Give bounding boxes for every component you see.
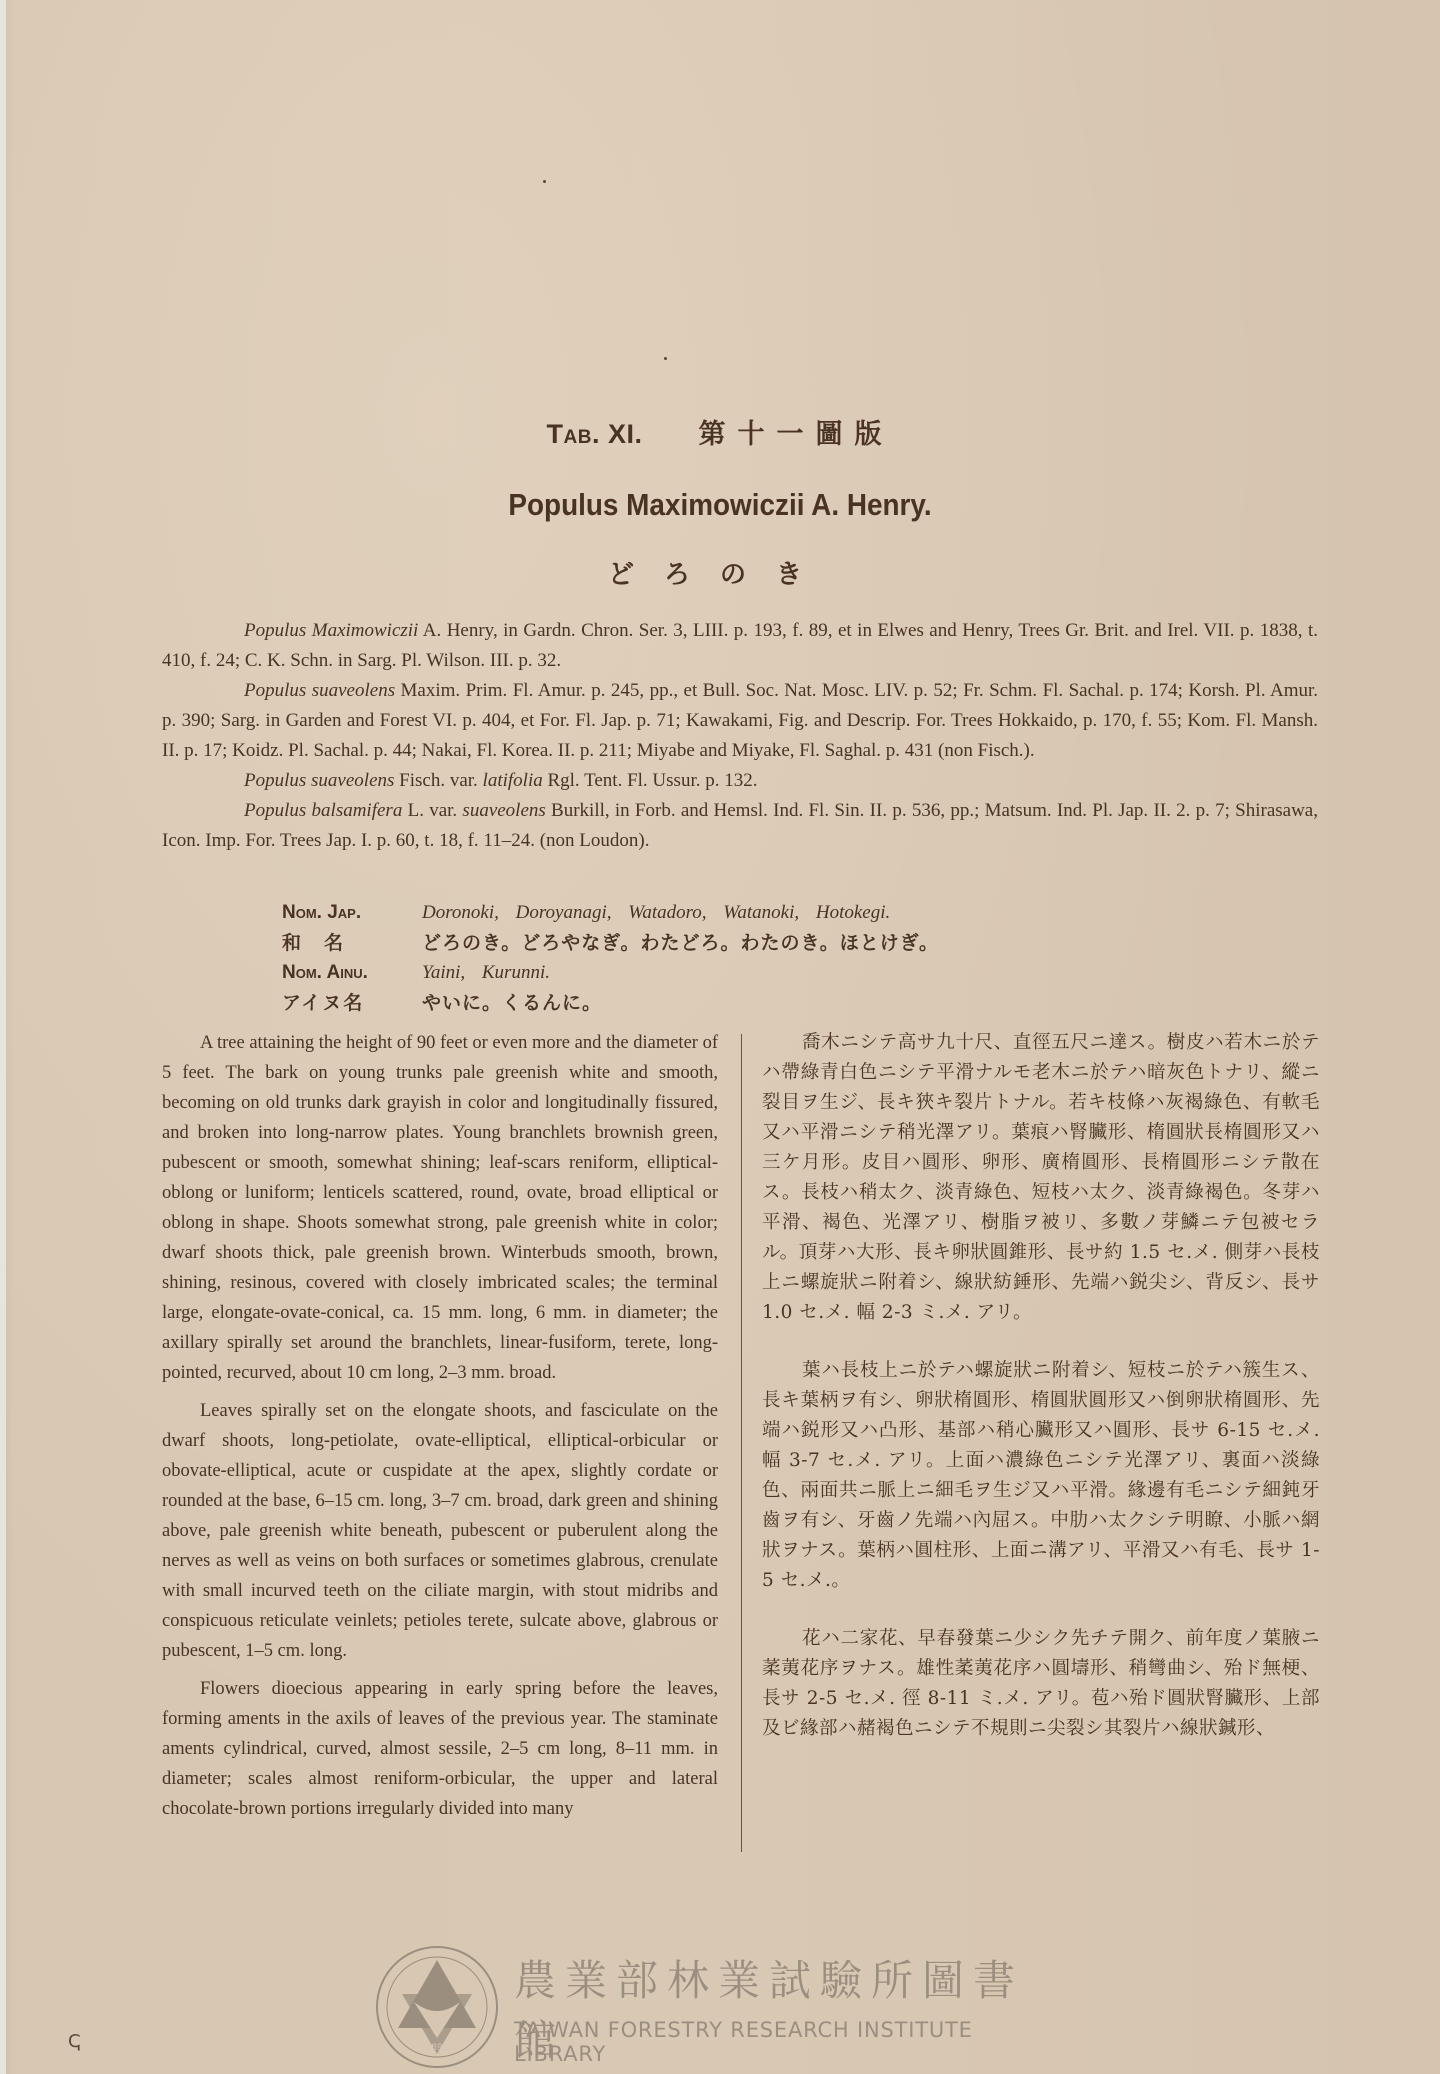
taxon-name: Populus suaveolens [244, 680, 395, 701]
wamei-row: 和 名 どろのき。どろやなぎ。わたどろ。わたのき。ほとけぎ。 [282, 928, 939, 958]
variety-name: suaveolens [462, 800, 545, 821]
paragraph-leaves-jp: 葉ハ長枝上ニ於テハ螺旋狀ニ附着シ、短枝ニ於テハ簇生ス、長キ葉柄ヲ有シ、卵狀楕圓形… [762, 1356, 1320, 1596]
institute-logo-icon: 1896 [372, 1942, 502, 2072]
citation: Rgl. Tent. Fl. Ussur. p. 132. [543, 770, 758, 791]
english-description: A tree attaining the height of 90 feet o… [162, 1028, 718, 1832]
species-title: Populus Maximowiczii A. Henry. [72, 487, 1368, 523]
plate-label: Tab. XI. [547, 419, 643, 449]
paragraph-habit: A tree attaining the height of 90 feet o… [162, 1028, 718, 1388]
japanese-common-name: どろのき [0, 554, 1440, 591]
taxon-name: Populus balsamifera [244, 800, 402, 821]
nom-jap-row: Nom. Jap. Doronoki, Doroyanagi, Watadoro… [282, 898, 939, 928]
japanese-description: 喬木ニシテ高サ九十尺、直徑五尺ニ達ス。樹皮ハ若木ニ於テハ帶綠青白色ニシテ平滑ナル… [762, 1028, 1320, 1772]
page-edge [0, 0, 6, 2074]
paragraph-flowers-jp: 花ハ二家花、早春發葉ニ少シク先チテ開ク、前年度ノ葉腋ニ葇荑花序ヲナス。雄性葇荑花… [762, 1624, 1320, 1744]
library-name-en: TAIWAN FORESTRY RESEARCH INSTITUTE LIBRA… [514, 2018, 1072, 2066]
taxon-name: Populus suaveolens [244, 770, 394, 791]
plate-label-jp: 第十一圖版 [698, 419, 893, 450]
ainu-name-row: アイヌ名 やいに。くるんに。 [282, 988, 939, 1018]
vernacular-names: Nom. Jap. Doronoki, Doroyanagi, Watadoro… [282, 898, 939, 1018]
nom-value: やいに。くるんに。 [422, 988, 602, 1018]
reference-entry: Populus suaveolens Fisch. var. latifolia… [162, 766, 1318, 796]
nom-value: Yaini, Kurunni. [422, 958, 550, 988]
taxon-name: Populus Maximowiczii [244, 620, 418, 641]
paragraph-leaves: Leaves spirally set on the elongate shoo… [162, 1396, 718, 1666]
nom-label: アイヌ名 [282, 988, 422, 1018]
nom-ainu-row: Nom. Ainu. Yaini, Kurunni. [282, 958, 939, 988]
column-divider [741, 1034, 742, 1852]
speck [664, 357, 667, 360]
reference-entry: Populus Maximowiczii A. Henry, in Gardn.… [162, 616, 1318, 676]
library-watermark: 1896 農業部林業試驗所圖書館 TAIWAN FORESTRY RESEARC… [372, 1942, 1072, 2072]
reference-entry: Populus suaveolens Maxim. Prim. Fl. Amur… [162, 676, 1318, 766]
nom-label: 和 名 [282, 928, 422, 958]
speck [543, 180, 546, 183]
synonymy-references: Populus Maximowiczii A. Henry, in Gardn.… [162, 616, 1318, 856]
paragraph-habit-jp: 喬木ニシテ高サ九十尺、直徑五尺ニ達ス。樹皮ハ若木ニ於テハ帶綠青白色ニシテ平滑ナル… [762, 1028, 1320, 1328]
nom-label: Nom. Jap. [282, 898, 422, 928]
svg-text:1896: 1896 [426, 2043, 449, 2053]
plate-heading: Tab. XI. 第十一圖版 [0, 412, 1440, 451]
citation-part: L. var. [402, 800, 462, 821]
nom-value: Doronoki, Doroyanagi, Watadoro, Watanoki… [422, 898, 890, 928]
reference-entry: Populus balsamifera L. var. suaveolens B… [162, 796, 1318, 856]
handwritten-mark: ↅ [68, 2031, 81, 2052]
nom-value: どろのき。どろやなぎ。わたどろ。わたのき。ほとけぎ。 [422, 928, 939, 958]
nom-label: Nom. Ainu. [282, 958, 422, 988]
citation-part: Fisch. var. [394, 770, 482, 791]
variety-name: latifolia [483, 770, 543, 791]
paragraph-flowers: Flowers dioecious appearing in early spr… [162, 1674, 718, 1824]
